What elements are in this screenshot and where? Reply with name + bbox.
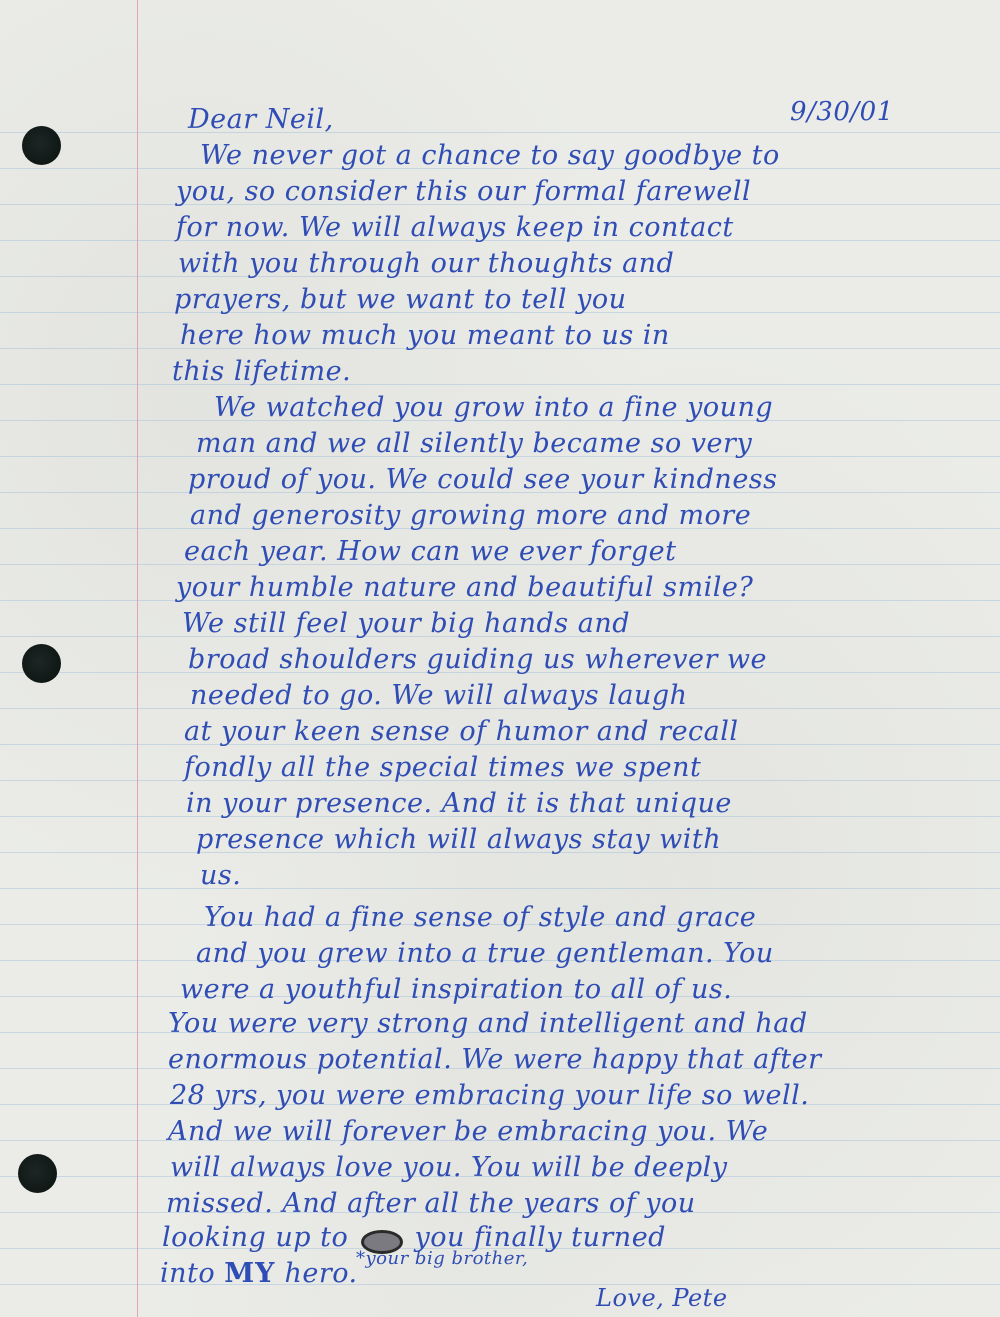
letter-line: enormous potential. We were happy that a…: [168, 1042, 822, 1078]
letter-line: and generosity growing more and more: [190, 498, 751, 534]
crossed-out-word: [359, 1229, 399, 1249]
letter-date: 9/30/01: [790, 94, 894, 130]
letter-line: We watched you grow into a fine young: [214, 390, 773, 426]
letter-line: prayers, but we want to tell you: [174, 282, 627, 318]
letter-line: for now. We will always keep in contact: [176, 210, 734, 246]
inserted-text: *your big brother,: [356, 1248, 528, 1269]
letter-line: 28 yrs, you were embracing your life so …: [170, 1078, 809, 1114]
binder-hole-top: [22, 126, 61, 165]
line-text-before-crossout: looking up to: [162, 1222, 348, 1253]
closing-signature: Love, Pete: [596, 1284, 728, 1312]
binder-hole-bottom: [18, 1154, 57, 1193]
letter-line: And we will forever be embracing you. We: [168, 1114, 768, 1150]
line-text-hero: hero.: [285, 1258, 358, 1289]
letter-line: here how much you meant to us in: [180, 318, 670, 354]
letter-line: We never got a chance to say goodbye to: [200, 138, 780, 174]
binder-hole-middle: [22, 644, 61, 683]
letter-line-final: into MY hero.: [160, 1256, 358, 1292]
letter-line: at your keen sense of humor and recall: [184, 714, 739, 750]
letter-line: us.: [200, 858, 241, 894]
letter-line: presence which will always stay with: [196, 822, 721, 858]
letter-line: You were very strong and intelligent and…: [168, 1006, 808, 1042]
letter-line: each year. How can we ever forget: [184, 534, 676, 570]
letter-line: man and we all silently became so very: [196, 426, 752, 462]
letter-line: proud of you. We could see your kindness: [188, 462, 778, 498]
letter-line: broad shoulders guiding us wherever we: [188, 642, 767, 678]
letter-line: You had a fine sense of style and grace: [204, 900, 756, 936]
letter-line: missed. And after all the years of you: [166, 1186, 696, 1222]
letter-line: fondly all the special times we spent: [184, 750, 701, 786]
letter-line: this lifetime.: [172, 354, 351, 390]
letter-page: Dear Neil, 9/30/01 We never got a chance…: [0, 0, 1000, 1317]
letter-line: and you grew into a true gentleman. You: [196, 936, 774, 972]
margin-line: [137, 0, 138, 1317]
letter-line: were a youthful inspiration to all of us…: [180, 972, 732, 1008]
line-text-into: into: [160, 1258, 215, 1289]
letter-line: We still feel your big hands and: [182, 606, 630, 642]
letter-line: you, so consider this our formal farewel…: [176, 174, 751, 210]
letter-line: your humble nature and beautiful smile?: [176, 570, 753, 606]
letter-line: with you through our thoughts and: [178, 246, 674, 282]
salutation: Dear Neil,: [188, 102, 334, 138]
letter-line: needed to go. We will always laugh: [190, 678, 688, 714]
letter-line: will always love you. You will be deeply: [170, 1150, 728, 1186]
emphasized-word: MY: [224, 1258, 275, 1289]
letter-line: in your presence. And it is that unique: [186, 786, 732, 822]
